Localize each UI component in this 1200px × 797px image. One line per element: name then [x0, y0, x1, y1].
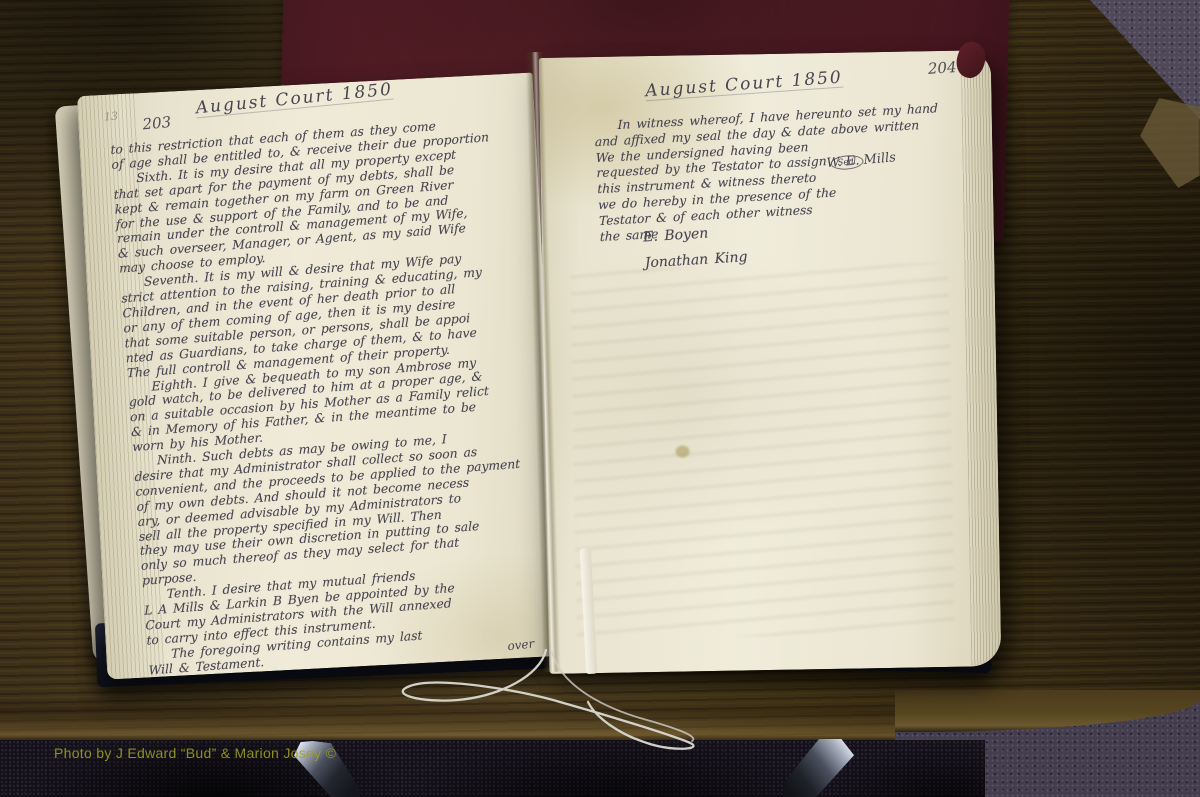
- photo-credit-watermark: Photo by J Edward “Bud” & Marion Josey ©: [54, 745, 336, 761]
- ink-bleedthrough: [570, 263, 954, 640]
- over-note: over: [507, 636, 535, 653]
- table-front-edge: [0, 698, 985, 742]
- page-number-left: 203: [142, 113, 172, 133]
- page-right: 204 August Court 1850 In witness whereof…: [539, 50, 1002, 674]
- page-number-right: 204: [928, 58, 958, 78]
- page-left: 203 August Court 1850 to this restrictio…: [77, 72, 563, 679]
- photo-scene: 203 August Court 1850 to this restrictio…: [0, 0, 1200, 797]
- page-header-right: August Court 1850: [645, 68, 844, 102]
- pencil-margin-note: 13: [104, 110, 119, 124]
- manuscript-lines-left: to this restriction that each of them as…: [110, 113, 554, 678]
- testator-signature-seal: W. E. MillsSeal: [826, 153, 864, 171]
